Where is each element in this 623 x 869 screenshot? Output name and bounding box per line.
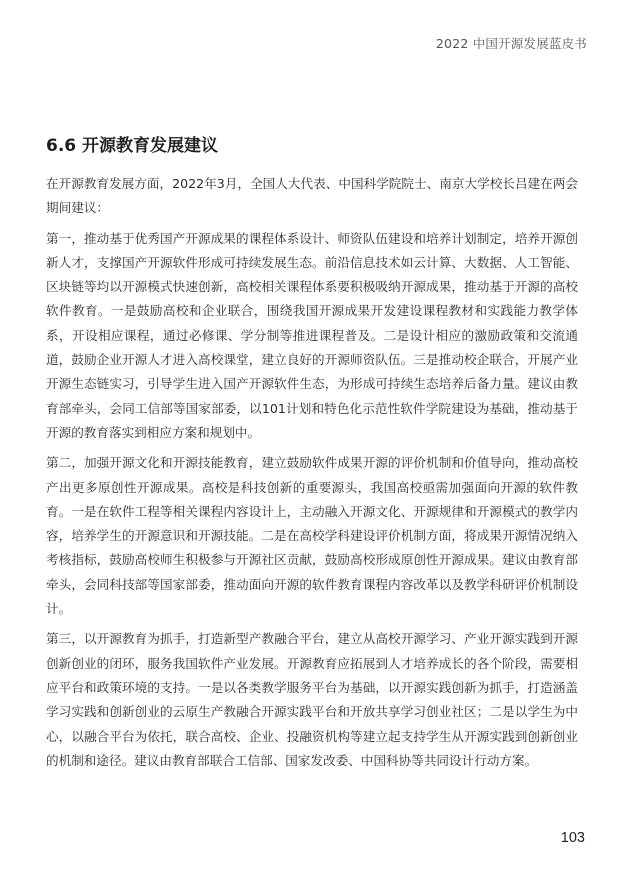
section-title: 6.6 开源教育发展建议 — [46, 131, 218, 156]
recommendation-3-paragraph: 第三，以开源教育为抓手，打造新型产教融合平台，建立从高校开源学习、产业开源实践到… — [46, 627, 578, 773]
intro-paragraph: 在开源教育发展方面，2022年3月，全国人大代表、中国科学院院士、南京大学校长吕… — [46, 172, 578, 221]
running-header: 2022 中国开源发展蓝皮书 — [436, 34, 587, 52]
recommendation-2-paragraph: 第二，加强开源文化和开源技能教育，建立鼓励软件成果开源的评价机制和价值导向，推动… — [46, 451, 578, 621]
page-number: 103 — [561, 830, 585, 846]
body-text: 在开源教育发展方面，2022年3月，全国人大代表、中国科学院院士、南京大学校长吕… — [46, 172, 578, 779]
recommendation-1-paragraph: 第一，推动基于优秀国产开源成果的课程体系设计、师资队伍建设和培养计划制定，培养开… — [46, 227, 578, 446]
